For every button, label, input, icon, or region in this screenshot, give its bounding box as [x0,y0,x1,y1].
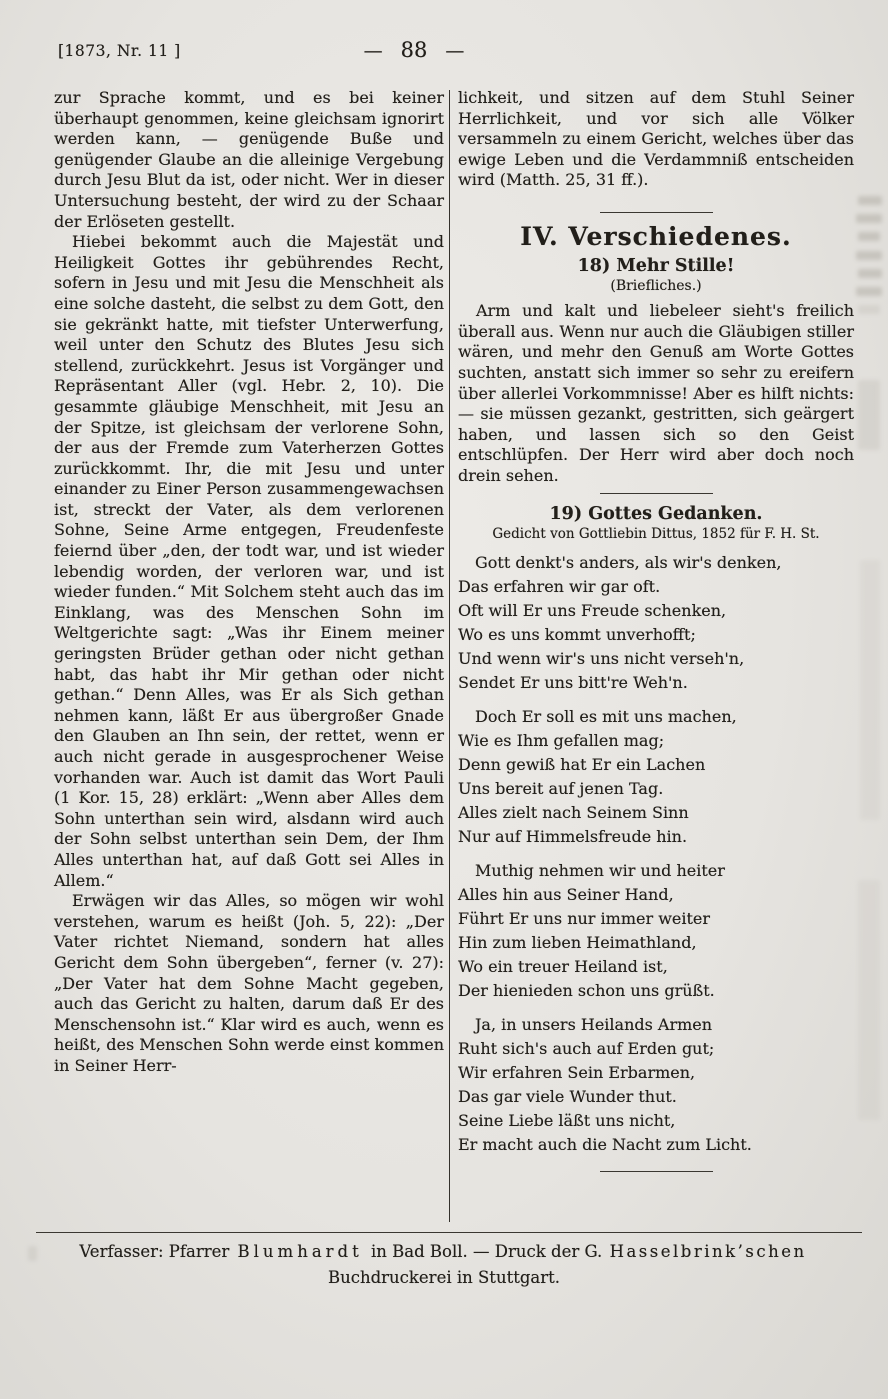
bleed-through-artifact [856,214,882,223]
poem-line: Nur auf Himmelsfreude hin. [458,825,854,849]
printer-name: Hasselbrink’schen [610,1242,807,1261]
scanned-newspaper-page: [1873, Nr. 11 ] —88— zur Sprache kommt, … [0,0,888,1399]
poem-line: Und wenn wir's uns nicht verseh'n, [458,647,854,671]
page-number-display: —88— [0,38,828,62]
poem-line: Hin zum lieben Heimathland, [458,931,854,955]
poem-line: Gott denkt's anders, als wir's denken, [458,551,854,575]
section-title: IV. Verschiedenes. [458,222,854,251]
poem-line: Seine Liebe läßt uns nicht, [458,1109,854,1133]
section-separator-rule [600,212,713,213]
poem-line: Sendet Er uns bitt're Weh'n. [458,671,854,695]
poem-line: Wo es uns kommt unverhofft; [458,623,854,647]
article-18-heading: 18) Mehr Stille! [458,256,854,276]
poem-stanza: Doch Er soll es mit uns machen,Wie es Ih… [458,705,854,849]
poem-line: Alles hin aus Seiner Hand, [458,883,854,907]
paragraph: Erwägen wir das Alles, so mögen wir wohl… [54,891,444,1076]
bleed-through-artifact [858,196,882,205]
article-18-body: Arm und kalt und liebeleer sieht's freil… [458,301,854,486]
right-column: lichkeit, und sitzen auf dem Stuhl Seine… [458,88,854,1172]
imprint-line-1: Verfasser: Pfarrer Blumhardt in Bad Boll… [0,1239,888,1265]
imprint-middle: in Bad Boll. — Druck der G. [371,1242,602,1261]
dash-right: — [445,40,464,62]
poem-line: Ruht sich's auch auf Erden gut; [458,1037,854,1061]
poem-line: Uns bereit auf jenen Tag. [458,777,854,801]
imprint-line-2: Buchdruckerei in Stuttgart. [0,1265,888,1291]
poem-line: Oft will Er uns Freude schenken, [458,599,854,623]
poem-line: Er macht auch die Nacht zum Licht. [458,1133,854,1157]
poem-line: Ja, in unsers Heilands Armen [458,1013,854,1037]
paragraph-continuation-from-previous-page: zur Sprache kommt, und es bei keiner übe… [54,88,444,232]
poem-stanza: Gott denkt's anders, als wir's denken,Da… [458,551,854,695]
imprint-prefix: Verfasser: Pfarrer [79,1242,229,1261]
page-header: [1873, Nr. 11 ] —88— [0,38,888,70]
poem-line: Alles zielt nach Seinem Sinn [458,801,854,825]
page-number: 88 [401,38,428,62]
poem-line: Wo ein treuer Heiland ist, [458,955,854,979]
bleed-through-artifact [858,269,882,278]
ink-smudge-artifact [28,1246,37,1261]
bleed-through-artifact [858,305,880,314]
bleed-through-artifact [856,287,882,296]
paragraph: Hiebei bekommt auch die Majestät und Hei… [54,232,444,891]
poem-line: Doch Er soll es mit uns machen, [458,705,854,729]
dash-left: — [364,40,383,62]
poem-line: Das gar viele Wunder thut. [458,1085,854,1109]
section-separator-rule [600,1171,713,1172]
poem-byline: Gedicht von Gottliebin Dittus, 1852 für … [458,526,854,542]
section-separator-rule [600,493,713,494]
poem-line: Das erfahren wir gar oft. [458,575,854,599]
footer-separator-rule [36,1232,862,1233]
poem-line: Der hienieden schon uns grüßt. [458,979,854,1003]
bleed-through-artifact [860,560,880,820]
poem-line: Muthig nehmen wir und heiter [458,859,854,883]
poem: Gott denkt's anders, als wir's denken,Da… [458,551,854,1157]
poem-stanza: Muthig nehmen wir und heiterAlles hin au… [458,859,854,1003]
paragraph-continuation: lichkeit, und sitzen auf dem Stuhl Seine… [458,88,854,191]
footer-imprint: Verfasser: Pfarrer Blumhardt in Bad Boll… [0,1239,888,1291]
article-19-heading: 19) Gottes Gedanken. [458,504,854,524]
poem-line: Denn gewiß hat Er ein Lachen [458,753,854,777]
article-18-subheading: (Briefliches.) [458,278,854,294]
left-column: zur Sprache kommt, und es bei keiner übe… [54,88,444,1077]
poem-line: Wie es Ihm gefallen mag; [458,729,854,753]
author-name: Blumhardt [238,1242,363,1261]
bleed-through-artifact [856,251,882,260]
bleed-through-artifact [858,232,880,241]
poem-line: Wir erfahren Sein Erbarmen, [458,1061,854,1085]
bleed-through-artifact [858,380,880,450]
poem-line: Führt Er uns nur immer weiter [458,907,854,931]
column-divider-rule [449,90,450,1222]
poem-stanza: Ja, in unsers Heilands ArmenRuht sich's … [458,1013,854,1157]
bleed-through-artifact [858,880,880,1120]
